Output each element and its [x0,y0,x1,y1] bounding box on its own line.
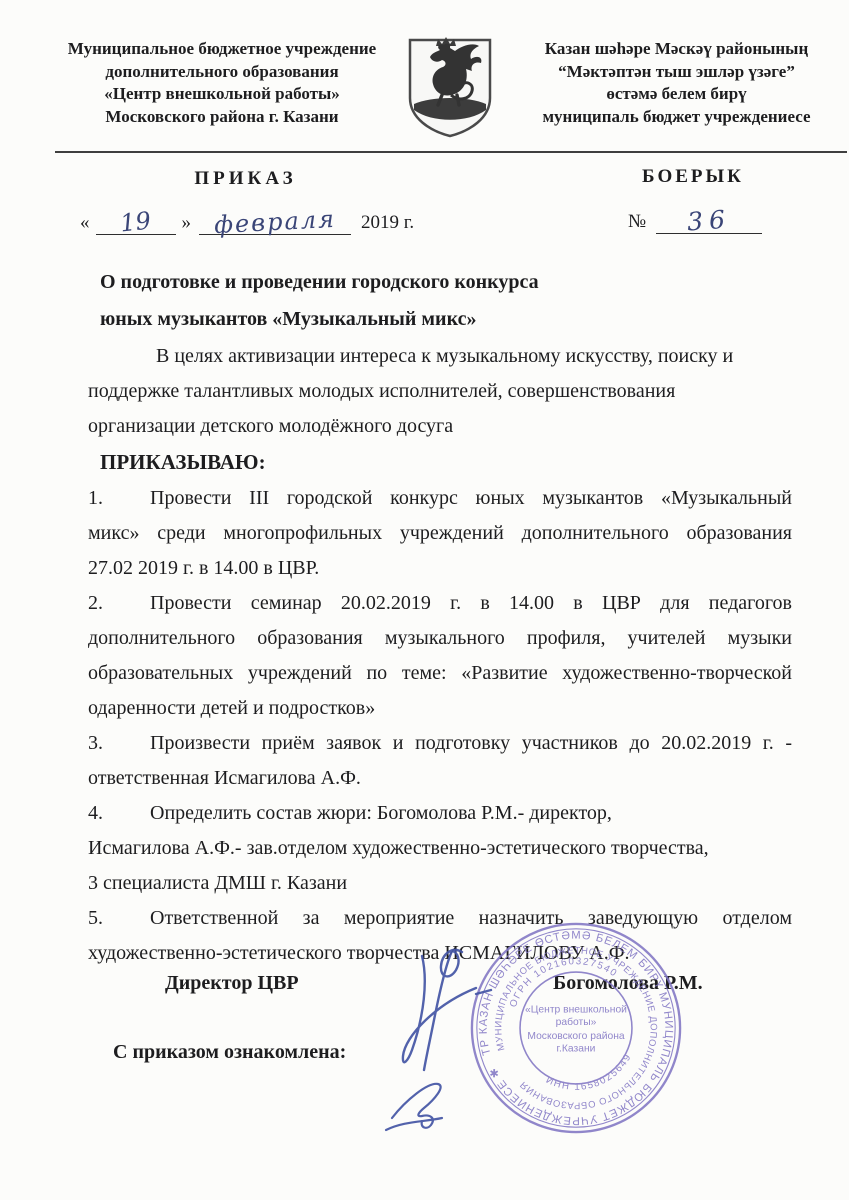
subject-line: О подготовке и проведении городского кон… [100,264,789,301]
order-number-line: №36 [628,204,762,234]
item-text: Произвести приём заявок и подготовку уча… [150,726,792,761]
letterhead: Муниципальное бюджетное учреждениедополн… [0,0,849,140]
stamp-center-text: «Центр внешкольной работы» Московского р… [525,1004,627,1054]
order-item-line: 3 специалиста ДМШ г. Казани [88,866,792,901]
date-month-blank: февраля [199,206,351,235]
order-item-line: микс» среди многопрофильных учреждений д… [88,516,792,551]
order-item-line: образовательных учреждений по теме: «Раз… [88,656,792,691]
letterhead-divider [55,151,847,153]
org-name-line: Московского района г. Казани [56,106,388,129]
order-item-line: Исмагилова А.Ф.- зав.отделом художествен… [88,831,792,866]
svg-text:г.Казани: г.Казани [557,1044,596,1055]
svg-text:работы»: работы» [556,1016,597,1028]
item-text: Определить состав жюри: Богомолова Р.М.-… [150,796,792,831]
date-line: «19»февраля2019 г. [80,206,414,235]
scanned-order-document: Муниципальное бюджетное учреждениедополн… [0,0,849,1200]
org-name-line: Казан шәһәре Мәскәү районының [512,38,841,61]
org-name-line: дополнительного образования [56,61,388,84]
kazan-coat-of-arms-icon [402,36,498,140]
handwritten-day: 19 [119,206,152,237]
item-number: 2. [88,586,150,621]
subject-line: юных музыкантов «Музыкальный микс» [100,301,789,338]
director-position-label: Директор ЦВР [165,972,299,995]
close-quote: » [182,212,192,233]
open-quote: « [80,212,90,233]
handwritten-month: февраля [214,205,337,239]
org-name-line: Муниципальное бюджетное учреждение [56,38,388,61]
org-name-line: «Центр внешкольной работы» [56,83,388,106]
svg-text:«Центр внешкольной: «Центр внешкольной [525,1004,627,1015]
org-name-russian: Муниципальное бюджетное учреждениедополн… [56,38,388,128]
order-item-line: 27.02 2019 г. в 14.00 в ЦВР. [88,551,792,586]
director-signature [388,942,503,1077]
preamble-line: организации детского молодёжного досуга [88,409,792,444]
order-title-tatar: БОЕРЫК [618,166,768,188]
order-item-line: одаренности детей и подростков» [88,691,792,726]
order-subject: О подготовке и проведении городского кон… [100,264,789,338]
order-item-line: 2.Провести семинар 20.02.2019 г. в 14.00… [88,586,792,621]
acknowledgement-signature [380,1074,475,1136]
order-items: 1.Провести III городской конкурс юных му… [88,481,792,971]
item-text: Провести семинар 20.02.2019 г. в 14.00 в… [150,586,792,621]
order-item-line: 5.Ответственной за мероприятие назначить… [88,901,792,936]
org-name-line: муниципаль бюджет учреждениесе [512,106,841,129]
order-preamble: В целях активизации интереса к музыкальн… [88,339,792,444]
order-item-line: ответственная Исмагилова А.Ф. [88,761,792,796]
item-number: 4. [88,796,150,831]
decree-label: ПРИКАЗЫВАЮ: [100,444,849,480]
org-name-tatar: Казан шәһәре Мәскәү районының“Мәктәптән … [512,38,841,128]
order-item-line: 4.Определить состав жюри: Богомолова Р.М… [88,796,792,831]
order-item-line: дополнительного образования музыкального… [88,621,792,656]
preamble-line: поддержке талантливых молодых исполнител… [88,374,792,409]
preamble-line: В целях активизации интереса к музыкальн… [88,339,792,374]
item-text: Провести III городской конкурс юных музы… [150,481,792,516]
org-name-line: өстәмә белем бирү [512,83,841,106]
order-item-line: 3.Произвести приём заявок и подготовку у… [88,726,792,761]
stamp-inn-text: ИНН 1658025649 [542,1049,640,1104]
year-label: 2019 г. [361,212,414,233]
svg-text:Московского района: Московского района [527,1031,625,1042]
order-item-line: 1.Провести III городской конкурс юных му… [88,481,792,516]
acknowledgement-label: С приказом ознакомлена: [113,1041,346,1064]
item-number: 1. [88,481,150,516]
order-title-russian: ПРИКАЗ [78,168,413,190]
item-number: 3. [88,726,150,761]
org-name-line: “Мәктәптән тыш эшләр үзәге” [512,61,841,84]
order-head: ПРИКАЗ БОЕРЫК «19»февраля2019 г. №36 [0,166,849,248]
item-number: 5. [88,901,150,936]
number-sign: № [628,211,646,232]
order-number-blank: 36 [656,204,762,234]
date-day-blank: 19 [96,206,176,235]
handwritten-order-number: 36 [686,205,732,237]
